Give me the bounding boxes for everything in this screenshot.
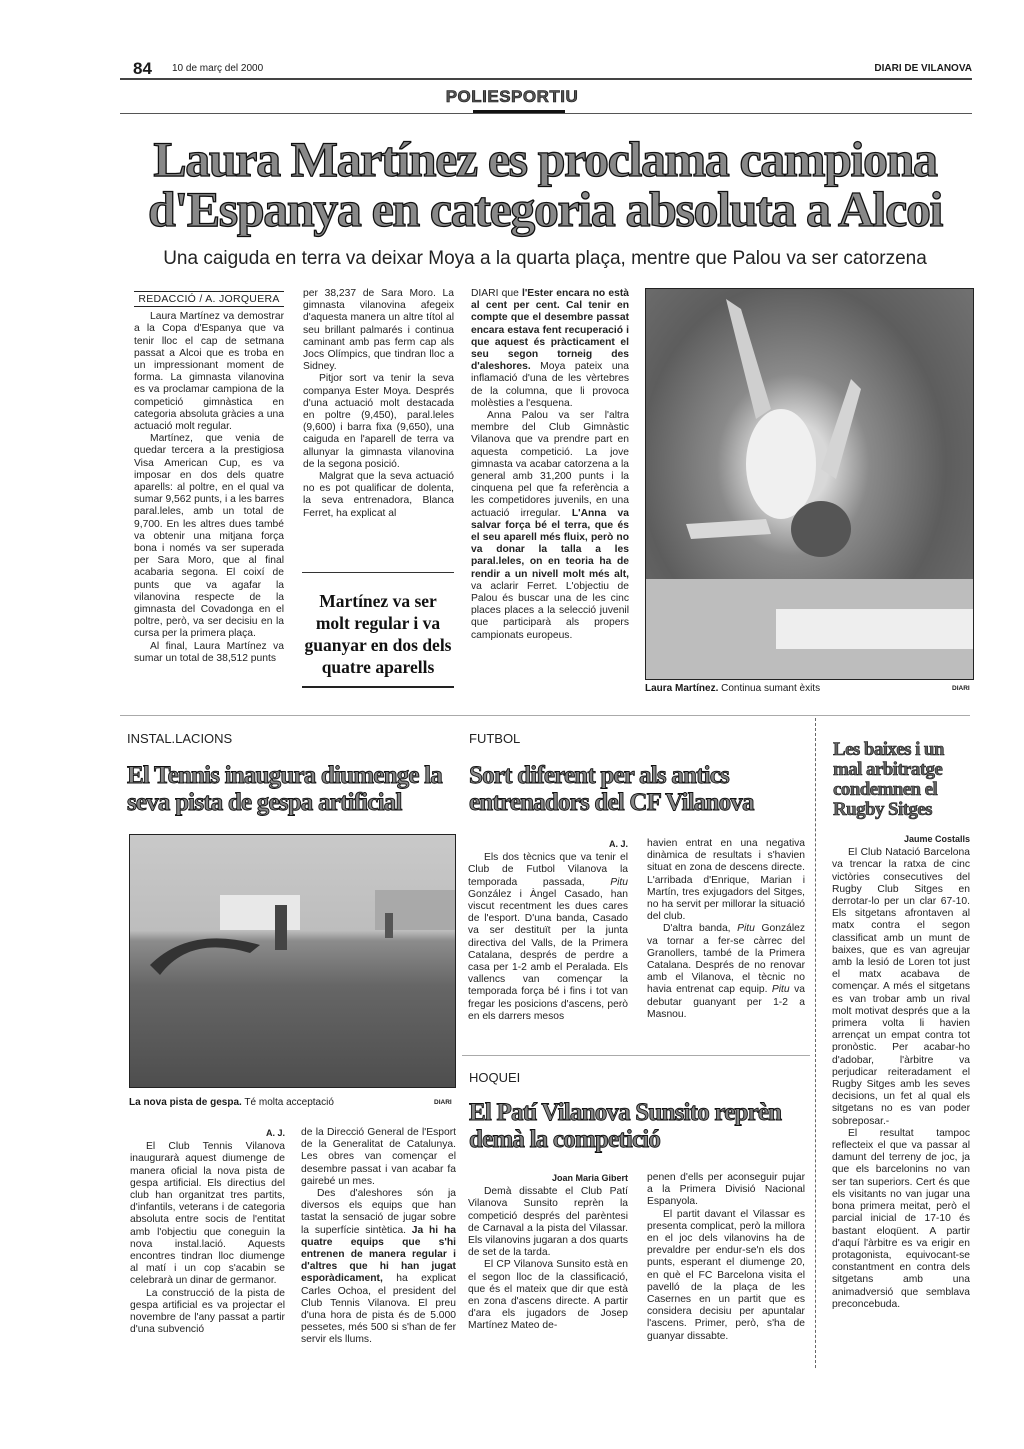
football-column-1: A. J. Els dos tècnics que va tenir el Cl…: [468, 838, 628, 1023]
lead-column-3: DIARI que l'Ester encara no està al cent…: [471, 288, 629, 642]
lead-column-2: per 38,237 de Sara Moro. La gimnasta vil…: [303, 288, 454, 520]
lead-bottom-rule: [120, 715, 970, 716]
text: González i Àngel Casado, han viscut rece…: [468, 889, 628, 1022]
section-underline: [473, 110, 565, 113]
paragraph: penen d'ells per aconseguir pujar a la P…: [647, 1172, 805, 1209]
quote-text: l'Ester encara no està al cent per cent.…: [471, 288, 629, 372]
text: D'altra banda,: [663, 923, 737, 934]
rugby-byline: Jaume Costalls: [832, 833, 970, 845]
section-rule: [120, 113, 972, 114]
caption-text: Continua sumant èxits: [718, 683, 820, 694]
tennis-column-2: de la Direcció General de l'Esport de la…: [301, 1127, 456, 1347]
newspaper-name: DIARI DE VILANOVA: [874, 63, 972, 74]
lead-column-1: REDACCIÓ / A. JORQUERA Laura Martínez va…: [134, 291, 284, 665]
gymnast-photo-credit: DIARI: [952, 685, 970, 692]
paragraph: per 38,237 de Sara Moro. La gimnasta vil…: [303, 288, 454, 373]
paragraph: Al final, Laura Martínez va sumar un tot…: [134, 641, 284, 665]
caption-bold: La nova pista de gespa.: [129, 1097, 242, 1108]
gymnast-photo-caption: Laura Martínez. Continua sumant èxits: [645, 683, 820, 694]
tennis-kicker: INSTAL.LACIONS: [127, 731, 232, 746]
hockey-kicker: HOQUEI: [469, 1070, 520, 1085]
paragraph: El partit davant el Vilassar es presenta…: [647, 1209, 805, 1343]
hockey-column-1: Joan Maria Gibert Demà dissabte el Club …: [468, 1172, 628, 1333]
pull-quote: Martínez va ser molt regular i va guanya…: [302, 590, 454, 678]
football-headline: Sort diferent per als antics entrenadors…: [469, 762, 809, 816]
pull-quote-top-rule: [302, 572, 454, 573]
paragraph: Laura Martínez va demostrar a la Copa d'…: [134, 311, 284, 433]
hockey-headline: El Patí Vilanova Sunsito reprèn demà la …: [469, 1099, 809, 1153]
paragraph: Malgrat que la seva actuació no es pot q…: [303, 471, 454, 520]
paragraph: La construcció de la pista de gespa arti…: [130, 1288, 285, 1337]
caption-bold: Laura Martínez.: [645, 683, 718, 694]
tennis-byline: A. J.: [130, 1127, 285, 1139]
lead-headline: Laura Martínez es proclama campiona d'Es…: [120, 134, 970, 234]
page-number: 84: [133, 59, 152, 79]
nickname: Pitu: [772, 984, 790, 995]
paragraph: El Club Tennis Vilanova inaugurarà aques…: [130, 1141, 285, 1287]
lead-subheadline: Una caiguda en terra va deixar Moya a la…: [120, 248, 970, 270]
paragraph: El Club Natació Barcelona va trencar la …: [832, 847, 970, 1128]
paragraph: Pitjor sort va tenir la seva companya Es…: [303, 373, 454, 471]
paragraph: El CP Vilanova Sunsito està en el segon …: [468, 1259, 628, 1332]
paragraph: D'altra banda, Pitu González va tornar a…: [647, 923, 805, 1021]
tennis-headline: El Tennis inaugura diumenge la seva pist…: [127, 762, 459, 816]
text: Els dos tècnics que va tenir el Club de …: [468, 852, 628, 887]
paragraph: El resultat tampoc reflecteix el que va …: [832, 1128, 970, 1311]
football-kicker: FUTBOL: [469, 731, 520, 746]
paragraph: havien entrat en una negativa dinàmica d…: [647, 838, 805, 923]
text: Anna Palou va ser l'altra membre del Clu…: [471, 410, 629, 519]
paragraph: Demà dissabte el Club Patí Vilanova Suns…: [468, 1186, 628, 1259]
hockey-byline: Joan Maria Gibert: [468, 1172, 628, 1184]
paragraph: Anna Palou va ser l'altra membre del Clu…: [471, 410, 629, 642]
section-title: POLIESPORTIU: [0, 87, 1024, 107]
gymnast-illustration-icon: [646, 289, 973, 679]
paragraph: Des d'aleshores són ja diversos els equi…: [301, 1188, 456, 1347]
football-byline: A. J.: [468, 838, 628, 850]
nickname: Pitu: [610, 877, 628, 888]
text: DIARI que: [471, 288, 522, 299]
football-column-2: havien entrat en una negativa dinàmica d…: [647, 838, 805, 1021]
paragraph: Martínez, que venia de quedar tercera a …: [134, 433, 284, 640]
paragraph: DIARI que l'Ester encara no està al cent…: [471, 288, 629, 410]
tennis-photo-caption: La nova pista de gespa. Té molta accepta…: [129, 1097, 334, 1108]
rugby-headline: Les baixes i un mal arbitratge condemnen…: [833, 740, 973, 820]
nickname: Pitu: [737, 923, 755, 934]
paragraph: Els dos tècnics que va tenir el Club de …: [468, 852, 628, 1023]
football-bottom-rule: [462, 1055, 810, 1056]
lead-byline: REDACCIÓ / A. JORQUERA: [134, 291, 284, 307]
text: va aclarir Ferret. L'objectiu de Palou é…: [471, 581, 629, 641]
top-rule: [120, 78, 972, 80]
gymnast-photo: [645, 288, 974, 680]
hockey-column-2: penen d'ells per aconseguir pujar a la P…: [647, 1172, 805, 1343]
tennis-column-1: A. J. El Club Tennis Vilanova inaugurarà…: [130, 1127, 285, 1336]
issue-date: 10 de març del 2000: [172, 63, 263, 74]
paragraph: de la Direcció General de l'Esport de la…: [301, 1127, 456, 1188]
caption-text: Té molta acceptació: [242, 1097, 334, 1108]
rugby-column: Jaume Costalls El Club Natació Barcelona…: [832, 833, 970, 1311]
tennis-court-illustration-icon: [130, 835, 455, 1087]
tennis-photo-credit: DIARI: [434, 1099, 452, 1106]
pull-quote-rule: [302, 686, 454, 688]
rugby-divider: [815, 718, 816, 1368]
tennis-court-photo: [129, 834, 456, 1088]
